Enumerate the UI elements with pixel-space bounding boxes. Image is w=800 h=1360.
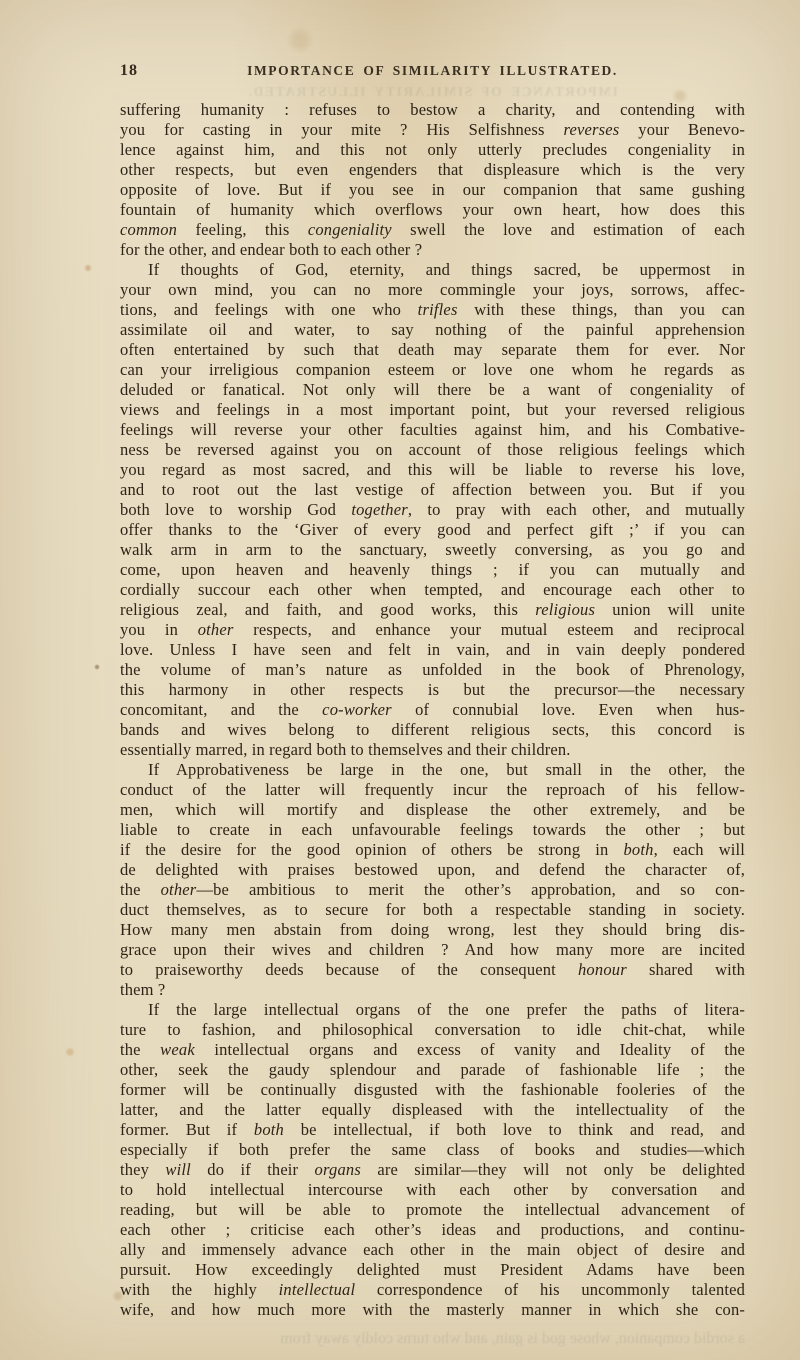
paragraph: If the large intellectual organs of the … <box>120 1000 745 1320</box>
text-line: de delighted with praises bestowed upon,… <box>120 860 745 880</box>
bleedthrough-header: IMPORTANCE OF SIMILARITY ILLUSTRATED. <box>120 84 745 100</box>
text-line: your own mind, you can no more commingle… <box>120 280 745 300</box>
text-line: ness be reversed against you on account … <box>120 440 745 460</box>
text-line: lence against him, and this not only utt… <box>120 140 745 160</box>
text-line: views and feelings in a most important p… <box>120 400 745 420</box>
text-line: grace upon their wives and children ? An… <box>120 940 745 960</box>
text-line: for the other, and endear both to each o… <box>120 240 745 260</box>
text-line: essentially marred, in regard both to th… <box>120 740 745 760</box>
text-line: the other—be ambitious to merit the othe… <box>120 880 745 900</box>
text-line: come, upon heaven and heavenly things ; … <box>120 560 745 580</box>
text-line: the volume of man’s nature as unfolded i… <box>120 660 745 680</box>
text-line: both love to worship God together, to pr… <box>120 500 745 520</box>
text-line: common feeling, this congeniality swell … <box>120 220 745 240</box>
text-line: assimilate oil and water, to say nothing… <box>120 320 745 340</box>
text-line: pursuit. How exceedingly delighted must … <box>120 1260 745 1280</box>
text-line: to praiseworthy deeds because of the con… <box>120 960 745 980</box>
text-line: ally and immensely advance each other in… <box>120 1240 745 1260</box>
text-line: men, which will mortify and displease th… <box>120 800 745 820</box>
text-line: you regard as most sacred, and this will… <box>120 460 745 480</box>
book-page: 18 IMPORTANCE OF SIMILARITY ILLUSTRATED.… <box>0 0 800 1360</box>
text-line: if the desire for the good opinion of ot… <box>120 840 745 860</box>
paragraph: If thoughts of God, eternity, and things… <box>120 260 745 760</box>
text-line: them ? <box>120 980 745 1000</box>
text-line: concomitant, and the co-worker of connub… <box>120 700 745 720</box>
text-line: you for casting in your mite ? His Selfi… <box>120 120 745 140</box>
text-line: walk arm in arm to the sanctuary, sweetl… <box>120 540 745 560</box>
text-line: the weak intellectual organs and excess … <box>120 1040 745 1060</box>
text-line: you in other respects, and enhance your … <box>120 620 745 640</box>
text-line: former will be continually disgusted wit… <box>120 1080 745 1100</box>
text-line: offer thanks to the ‘Giver of every good… <box>120 520 745 540</box>
text-line: How many men abstain from doing wrong, l… <box>120 920 745 940</box>
text-line: especially if both prefer the same class… <box>120 1140 745 1160</box>
text-line: they will do if their organs are similar… <box>120 1160 745 1180</box>
text-line: this harmony in other respects is but th… <box>120 680 745 700</box>
text-line: often entertained by such that death may… <box>120 340 745 360</box>
text-line: each other ; criticise each other’s idea… <box>120 1220 745 1240</box>
text-line: liable to create in each unfavourable fe… <box>120 820 745 840</box>
bleedthrough-line: a sordid companion, whose god is gain, a… <box>120 1330 745 1348</box>
text-line: can your irreligious companion esteem or… <box>120 360 745 380</box>
text-line: feelings will reverse your other faculti… <box>120 420 745 440</box>
text-line: and to root out the last vestige of affe… <box>120 480 745 500</box>
text-line: ture to fashion, and philosophical conve… <box>120 1020 745 1040</box>
text-line: other respects, but even engenders that … <box>120 160 745 180</box>
text-line: conduct of the latter will frequently in… <box>120 780 745 800</box>
text-line: If Approbativeness be large in the one, … <box>120 760 745 780</box>
text-line: opposite of love. But if you see in our … <box>120 180 745 200</box>
text-line: with the highly intellectual corresponde… <box>120 1280 745 1300</box>
paragraph: If Approbativeness be large in the one, … <box>120 760 745 1000</box>
running-title: IMPORTANCE OF SIMILARITY ILLUSTRATED. <box>120 63 745 79</box>
text-line: other, seek the gaudy splendour and para… <box>120 1060 745 1080</box>
text-line: to hold intellectual intercourse with ea… <box>120 1180 745 1200</box>
text-line: former. But if both be intellectual, if … <box>120 1120 745 1140</box>
text-line: suffering humanity : refuses to bestow a… <box>120 100 745 120</box>
text-line: tions, and feelings with one who trifles… <box>120 300 745 320</box>
text-line: love. Unless I have seen and felt in vai… <box>120 640 745 660</box>
text-line: fountain of humanity which overflows you… <box>120 200 745 220</box>
page-header: 18 IMPORTANCE OF SIMILARITY ILLUSTRATED. <box>120 62 745 84</box>
text-line: religious zeal, and faith, and good work… <box>120 600 745 620</box>
text-line: If the large intellectual organs of the … <box>120 1000 745 1020</box>
text-line: bands and wives belong to different reli… <box>120 720 745 740</box>
text-line: latter, and the latter equally displease… <box>120 1100 745 1120</box>
text-line: If thoughts of God, eternity, and things… <box>120 260 745 280</box>
text-line: cordially succour each other when tempte… <box>120 580 745 600</box>
text-line: wife, and how much more with the masterl… <box>120 1300 745 1320</box>
paragraph: suffering humanity : refuses to bestow a… <box>120 100 745 260</box>
text-line: reading, but will be able to promote the… <box>120 1200 745 1220</box>
page-body: suffering humanity : refuses to bestow a… <box>120 100 745 1320</box>
text-line: duct themselves, as to secure for both a… <box>120 900 745 920</box>
text-line: deluded or fanatical. Not only will ther… <box>120 380 745 400</box>
